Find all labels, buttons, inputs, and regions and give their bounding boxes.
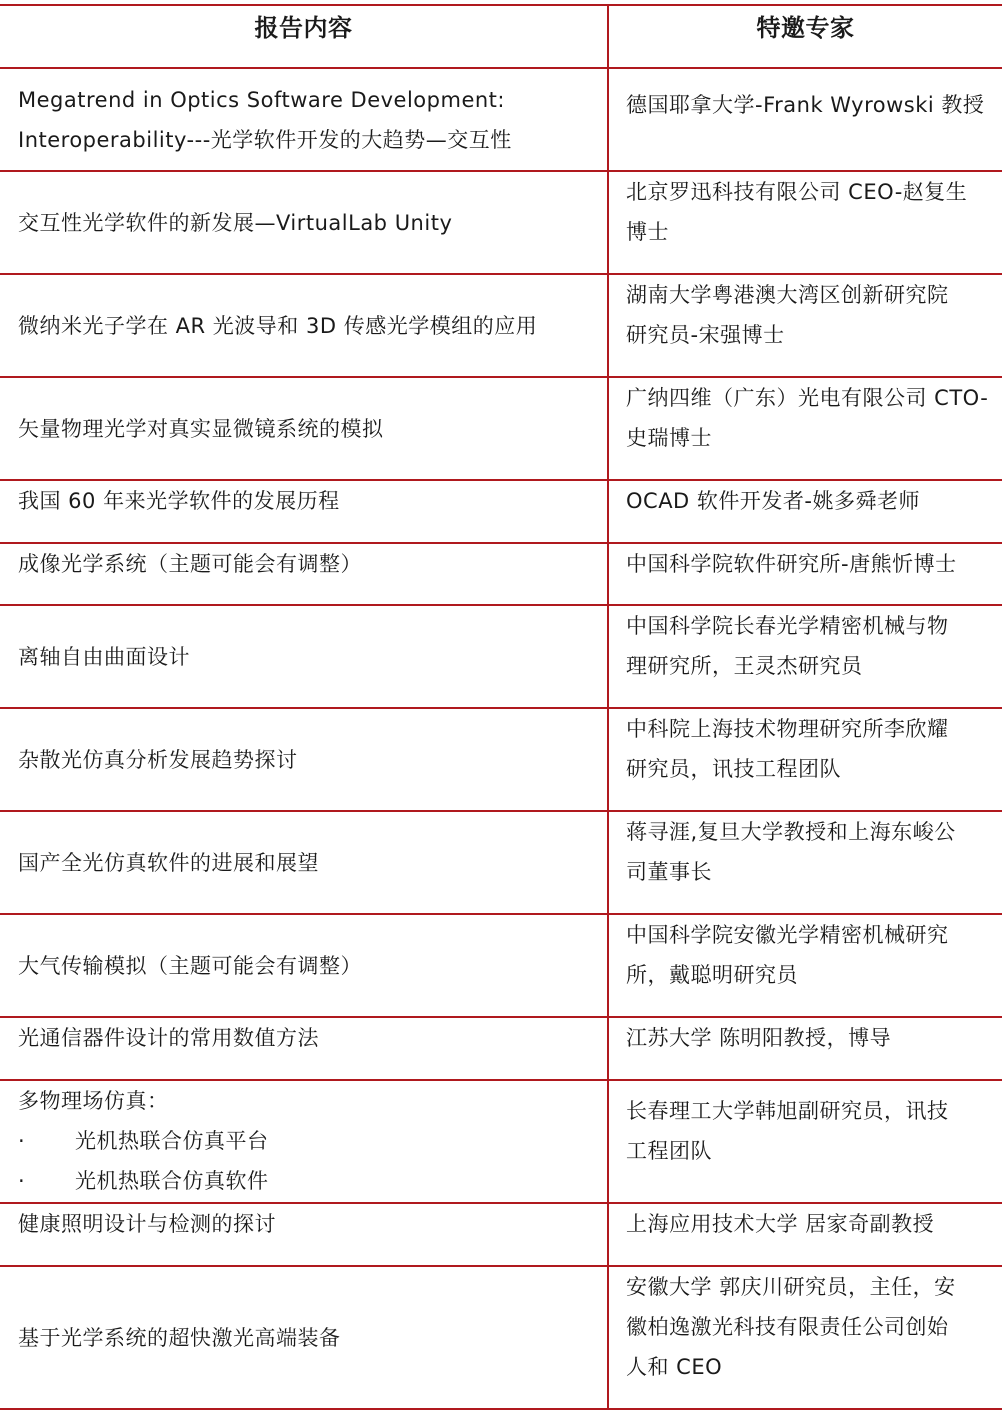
- expert-text: 司董事长: [626, 852, 992, 892]
- expert-text: 中国科学院软件研究所-唐熊忻博士: [626, 544, 992, 584]
- topic-text: 光机热联合仿真软件: [75, 1161, 269, 1201]
- bullet-icon: ·: [18, 1121, 75, 1161]
- expert-text: 研究员，讯技工程团队: [626, 749, 992, 789]
- topic-cell: 大气传输模拟（主题可能会有调整）: [0, 915, 609, 1016]
- expert-cell: 江苏大学 陈明阳教授，博导: [609, 1018, 1002, 1079]
- expert-cell: 长春理工大学韩旭副研究员，讯技 工程团队: [609, 1081, 1002, 1202]
- table-row: 国产全光仿真软件的进展和展望 蒋寻涯,复旦大学教授和上海东峻公 司董事长: [0, 812, 1002, 915]
- expert-cell: 中国科学院长春光学精密机械与物 理研究所，王灵杰研究员: [609, 606, 1002, 707]
- expert-text: OCAD 软件开发者-姚多舜老师: [626, 481, 992, 521]
- expert-text: 研究员-宋强博士: [626, 315, 992, 355]
- expert-cell: 安徽大学 郭庆川研究员，主任，安 徽柏逸激光科技有限责任公司创始 人和 CEO: [609, 1267, 1002, 1408]
- expert-text: 史瑞博士: [626, 418, 992, 458]
- topic-text: 大气传输模拟（主题可能会有调整）: [18, 946, 597, 986]
- expert-text: 徽柏逸激光科技有限责任公司创始: [626, 1307, 992, 1347]
- bullet-icon: ·: [18, 1161, 75, 1201]
- expert-text: 中国科学院长春光学精密机械与物: [626, 606, 992, 646]
- table-row: 基于光学系统的超快激光高端装备 安徽大学 郭庆川研究员，主任，安 徽柏逸激光科技…: [0, 1267, 1002, 1410]
- expert-cell: 蒋寻涯,复旦大学教授和上海东峻公 司董事长: [609, 812, 1002, 913]
- topic-text: 离轴自由曲面设计: [18, 637, 597, 677]
- expert-cell: 德国耶拿大学-Frank Wyrowski 教授: [609, 69, 1002, 170]
- topic-cell: 矢量物理光学对真实显微镜系统的模拟: [0, 378, 609, 479]
- topic-cell: 杂散光仿真分析发展趋势探讨: [0, 709, 609, 810]
- topic-text: 基于光学系统的超快激光高端装备: [18, 1318, 597, 1358]
- expert-text: 德国耶拿大学-Frank Wyrowski 教授: [626, 85, 992, 125]
- topic-bullet-item: · 光机热联合仿真平台: [18, 1121, 597, 1161]
- topic-text: 光机热联合仿真平台: [75, 1121, 269, 1161]
- topic-cell: 离轴自由曲面设计: [0, 606, 609, 707]
- table-row: 大气传输模拟（主题可能会有调整） 中国科学院安徽光学精密机械研究 所，戴聪明研究…: [0, 915, 1002, 1018]
- table-row: 交互性光学软件的新发展—VirtualLab Unity 北京罗迅科技有限公司 …: [0, 172, 1002, 275]
- expert-text: 蒋寻涯,复旦大学教授和上海东峻公: [626, 812, 992, 852]
- topic-cell: 国产全光仿真软件的进展和展望: [0, 812, 609, 913]
- table-row: 我国 60 年来光学软件的发展历程 OCAD 软件开发者-姚多舜老师: [0, 481, 1002, 544]
- expert-cell: 湖南大学粤港澳大湾区创新研究院 研究员-宋强博士: [609, 275, 1002, 376]
- topic-cell: 基于光学系统的超快激光高端装备: [0, 1267, 609, 1408]
- table-row: 光通信器件设计的常用数值方法 江苏大学 陈明阳教授，博导: [0, 1018, 1002, 1081]
- expert-text: 工程团队: [626, 1131, 992, 1171]
- header-expert: 特邀专家: [609, 6, 1002, 67]
- topic-cell: 交互性光学软件的新发展—VirtualLab Unity: [0, 172, 609, 273]
- topic-cell: 健康照明设计与检测的探讨: [0, 1204, 609, 1265]
- topic-cell: 我国 60 年来光学软件的发展历程: [0, 481, 609, 542]
- expert-text: 人和 CEO: [626, 1347, 992, 1387]
- header-topic: 报告内容: [0, 6, 609, 67]
- expert-text: 博士: [626, 212, 992, 252]
- topic-text: Megatrend in Optics Software Development…: [18, 80, 597, 120]
- expert-text: 长春理工大学韩旭副研究员，讯技: [626, 1091, 992, 1131]
- table-row: 离轴自由曲面设计 中国科学院长春光学精密机械与物 理研究所，王灵杰研究员: [0, 606, 1002, 709]
- table-row: 杂散光仿真分析发展趋势探讨 中科院上海技术物理研究所李欣耀 研究员，讯技工程团队: [0, 709, 1002, 812]
- table-row: 成像光学系统（主题可能会有调整） 中国科学院软件研究所-唐熊忻博士: [0, 544, 1002, 606]
- topic-text: 健康照明设计与检测的探讨: [18, 1204, 597, 1244]
- expert-text: 湖南大学粤港澳大湾区创新研究院: [626, 275, 992, 315]
- expert-text: 北京罗迅科技有限公司 CEO-赵复生: [626, 172, 992, 212]
- topic-text: 我国 60 年来光学软件的发展历程: [18, 481, 597, 521]
- topic-bullet-item: · 光机热联合仿真软件: [18, 1161, 597, 1201]
- table-row: 健康照明设计与检测的探讨 上海应用技术大学 居家奇副教授: [0, 1204, 1002, 1267]
- expert-cell: 中国科学院软件研究所-唐熊忻博士: [609, 544, 1002, 604]
- table-row: Megatrend in Optics Software Development…: [0, 69, 1002, 172]
- table-header-row: 报告内容 特邀专家: [0, 6, 1002, 69]
- table-row: 矢量物理光学对真实显微镜系统的模拟 广纳四维（广东）光电有限公司 CTO- 史瑞…: [0, 378, 1002, 481]
- expert-text: 江苏大学 陈明阳教授，博导: [626, 1018, 992, 1058]
- speaker-schedule-table: 报告内容 特邀专家 Megatrend in Optics Software D…: [0, 4, 1002, 1410]
- expert-cell: OCAD 软件开发者-姚多舜老师: [609, 481, 1002, 542]
- table-row: 微纳米光子学在 AR 光波导和 3D 传感光学模组的应用 湖南大学粤港澳大湾区创…: [0, 275, 1002, 378]
- expert-cell: 上海应用技术大学 居家奇副教授: [609, 1204, 1002, 1265]
- expert-text: 理研究所，王灵杰研究员: [626, 646, 992, 686]
- expert-cell: 北京罗迅科技有限公司 CEO-赵复生 博士: [609, 172, 1002, 273]
- topic-text: 矢量物理光学对真实显微镜系统的模拟: [18, 409, 597, 449]
- topic-title: 多物理场仿真：: [18, 1081, 597, 1121]
- topic-cell: 微纳米光子学在 AR 光波导和 3D 传感光学模组的应用: [0, 275, 609, 376]
- topic-cell: 多物理场仿真： · 光机热联合仿真平台 · 光机热联合仿真软件: [0, 1081, 609, 1202]
- topic-text: 光通信器件设计的常用数值方法: [18, 1018, 597, 1058]
- expert-text: 中科院上海技术物理研究所李欣耀: [626, 709, 992, 749]
- table-row: 多物理场仿真： · 光机热联合仿真平台 · 光机热联合仿真软件 长春理工大学韩旭…: [0, 1081, 1002, 1204]
- expert-text: 上海应用技术大学 居家奇副教授: [626, 1204, 992, 1244]
- topic-cell: 成像光学系统（主题可能会有调整）: [0, 544, 609, 604]
- expert-text: 安徽大学 郭庆川研究员，主任，安: [626, 1267, 992, 1307]
- topic-text: 杂散光仿真分析发展趋势探讨: [18, 740, 597, 780]
- expert-text: 所，戴聪明研究员: [626, 955, 992, 995]
- topic-cell: 光通信器件设计的常用数值方法: [0, 1018, 609, 1079]
- topic-cell: Megatrend in Optics Software Development…: [0, 69, 609, 170]
- topic-text: 交互性光学软件的新发展—VirtualLab Unity: [18, 203, 597, 243]
- expert-cell: 广纳四维（广东）光电有限公司 CTO- 史瑞博士: [609, 378, 1002, 479]
- expert-text: 广纳四维（广东）光电有限公司 CTO-: [626, 378, 992, 418]
- topic-text: 国产全光仿真软件的进展和展望: [18, 843, 597, 883]
- expert-cell: 中国科学院安徽光学精密机械研究 所，戴聪明研究员: [609, 915, 1002, 1016]
- expert-cell: 中科院上海技术物理研究所李欣耀 研究员，讯技工程团队: [609, 709, 1002, 810]
- topic-text: 微纳米光子学在 AR 光波导和 3D 传感光学模组的应用: [18, 306, 597, 346]
- topic-text: 成像光学系统（主题可能会有调整）: [18, 544, 597, 584]
- topic-text: Interoperability---光学软件开发的大趋势—交互性: [18, 120, 597, 160]
- expert-text: 中国科学院安徽光学精密机械研究: [626, 915, 992, 955]
